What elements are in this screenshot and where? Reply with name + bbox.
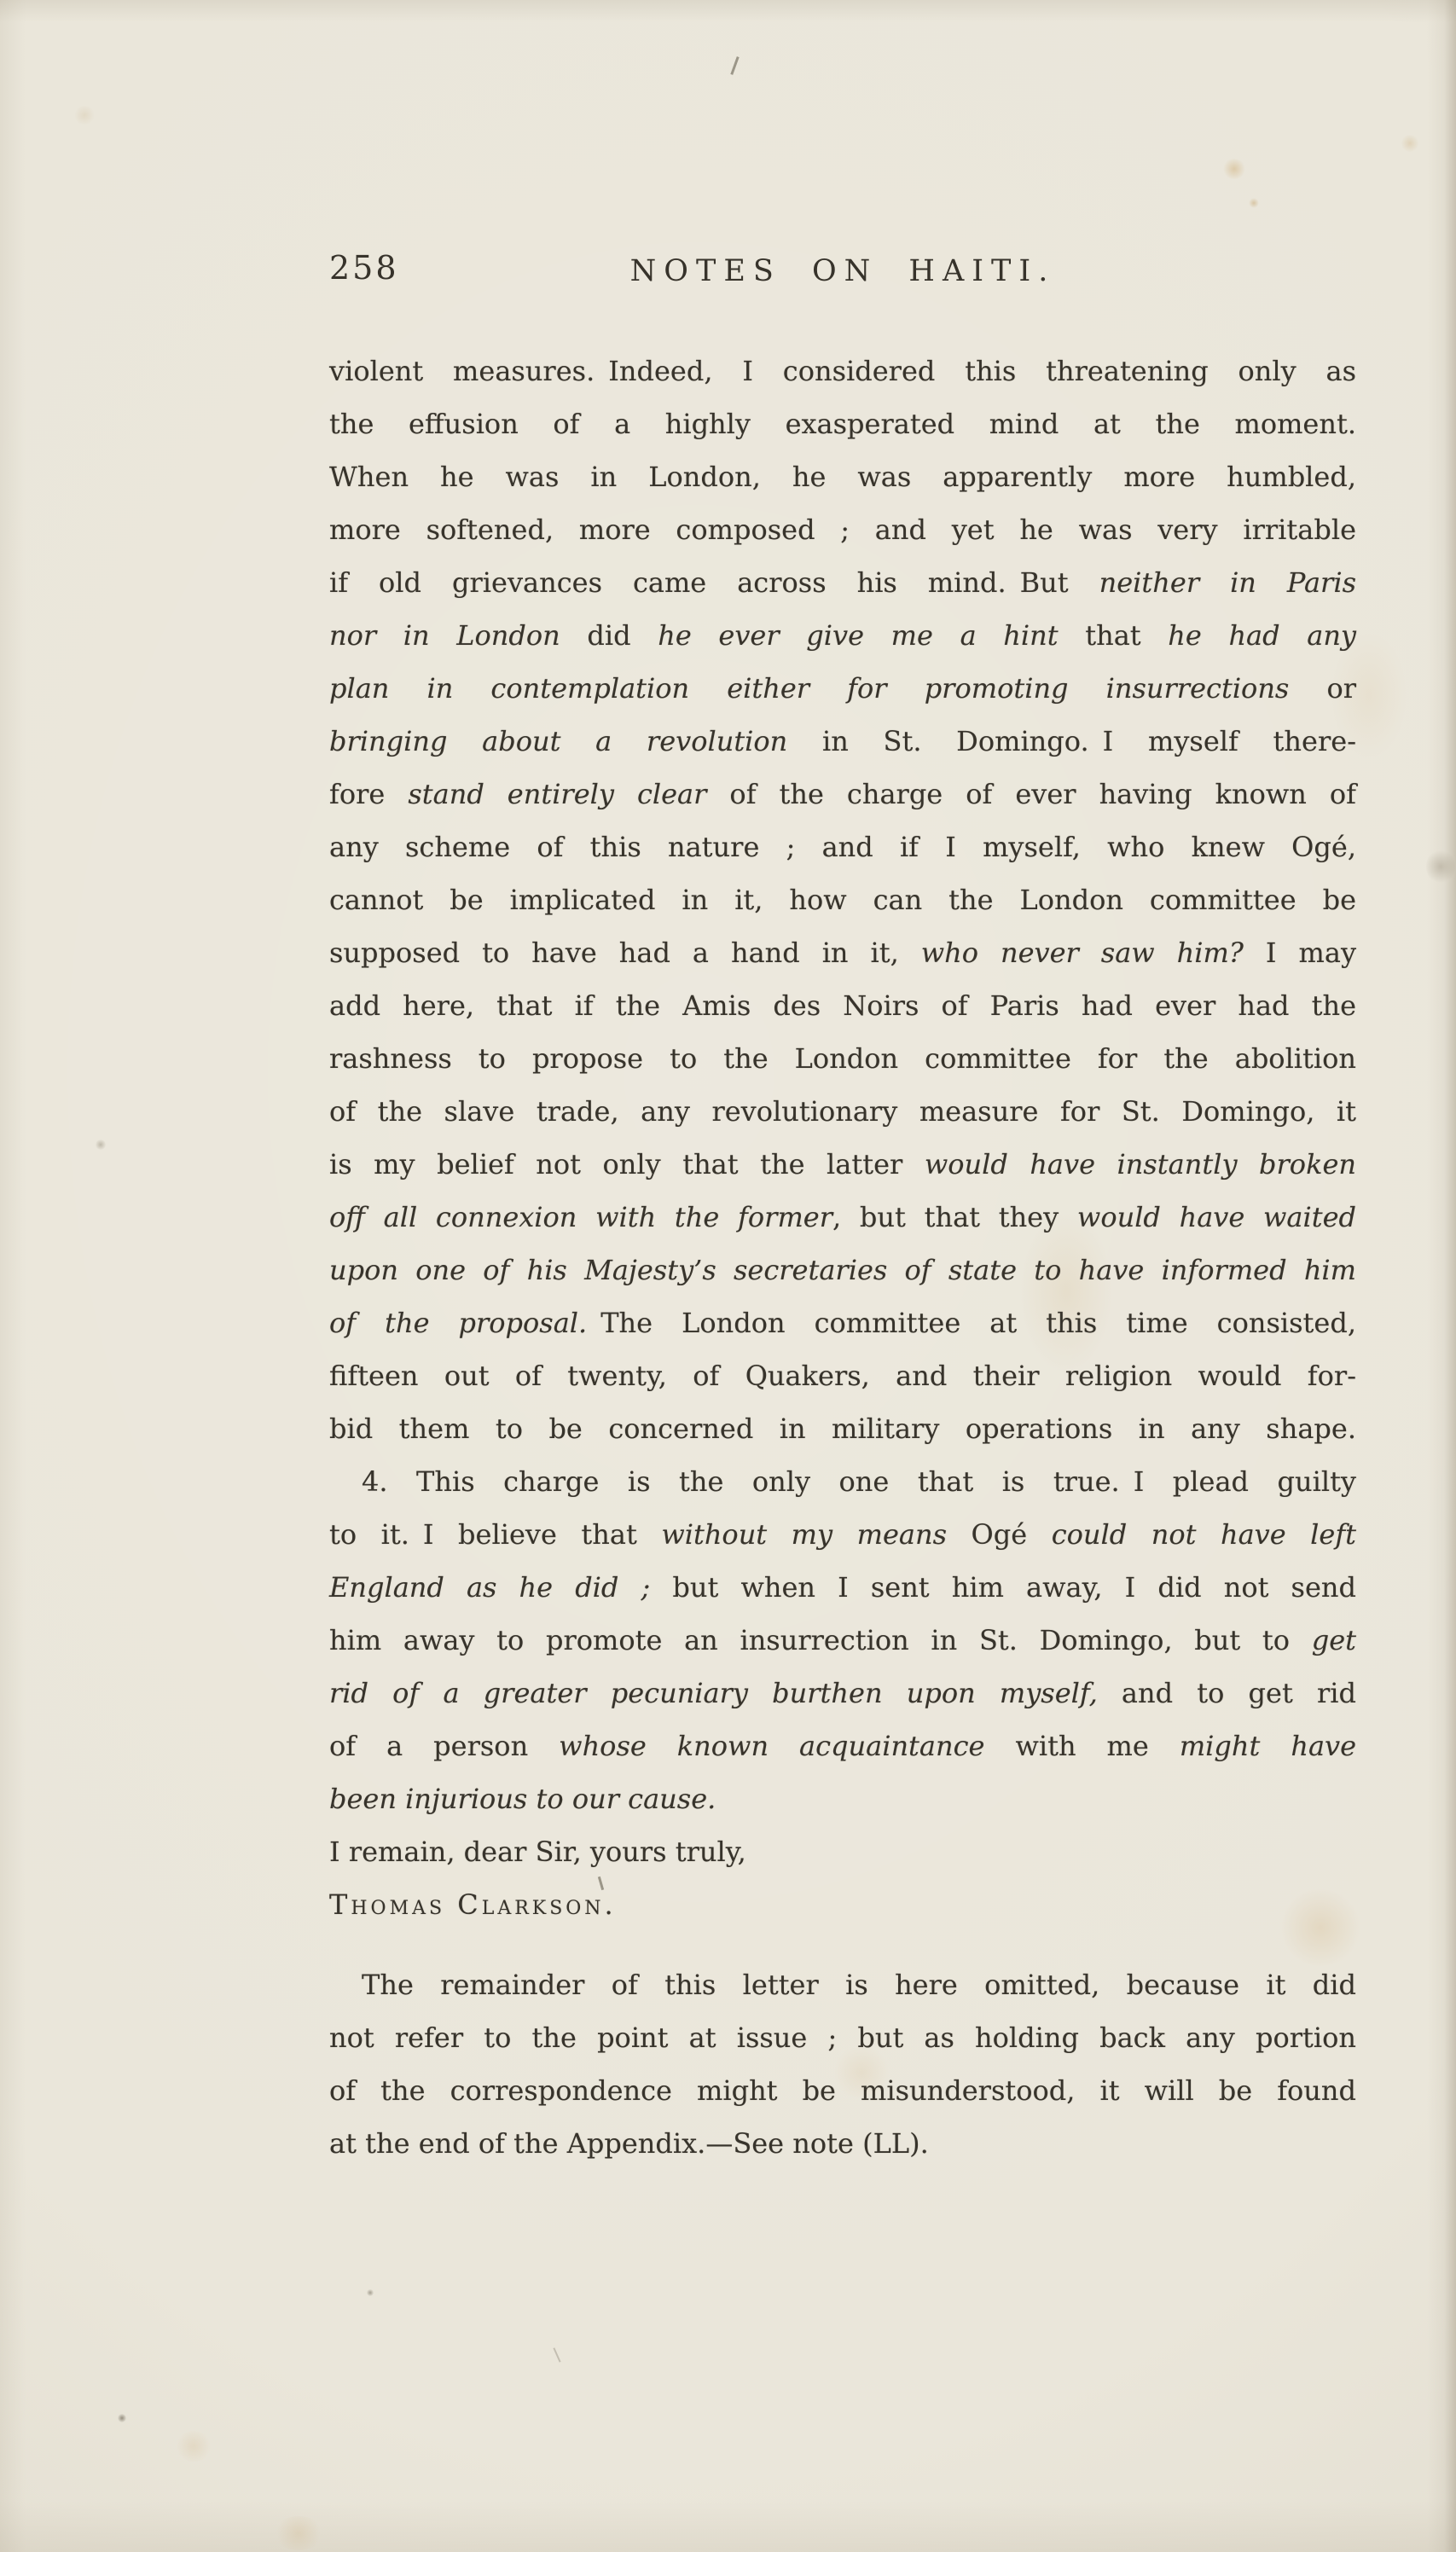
text-segment: , but that they: [832, 1201, 1077, 1233]
text-segment: of the correspondence might be misunders…: [329, 2074, 1356, 2107]
stain: [273, 2516, 324, 2550]
book-page-scan: 258 NOTES ON HAITI. violent measures. In…: [0, 0, 1456, 2552]
italic-text-segment: neither in Paris: [1099, 566, 1356, 599]
text-segment: violent measures. Indeed, I considered t…: [329, 355, 1356, 387]
text-line: him away to promote an insurrection in S…: [329, 1614, 1356, 1667]
text-segment: more softened, more composed ; and yet h…: [329, 513, 1356, 546]
stain: [73, 106, 96, 125]
text-segment: that: [1059, 619, 1169, 652]
text-segment: supposed to have had a hand in it,: [329, 937, 921, 969]
text-line: the effusion of a highly exasperated min…: [329, 397, 1356, 450]
italic-text-segment: plan in contemplation either for promoti…: [329, 672, 1289, 705]
italic-text-segment: he ever give me a hint: [658, 619, 1058, 652]
text-line: plan in contemplation either for promoti…: [329, 662, 1356, 715]
letter-valediction: I remain, dear Sir, yours truly,: [329, 1825, 1356, 1878]
italic-text-segment: stand entirely clear: [408, 778, 706, 810]
text-line: is my belief not only that the latter wo…: [329, 1138, 1356, 1191]
text-segment: if old grievances came across his mind. …: [329, 566, 1099, 599]
text-line: if old grievances came across his mind. …: [329, 556, 1356, 609]
text-line: of the correspondence might be misunders…: [329, 2064, 1356, 2117]
text-segment: not refer to the point at issue ; but as…: [329, 2021, 1356, 2054]
text-line: England as he did ; but when I sent him …: [329, 1561, 1356, 1614]
stain: [96, 1140, 106, 1150]
stain: [175, 2431, 212, 2462]
letter-paragraph-1: violent measures. Indeed, I considered t…: [329, 345, 1356, 1455]
stain: [1426, 849, 1455, 884]
italic-text-segment: bringing about a revolution: [329, 725, 787, 757]
text-segment: 4. This charge is the only one that is t…: [362, 1465, 1356, 1498]
text-line: of the slave trade, any revolutionary me…: [329, 1085, 1356, 1138]
stain: [367, 2289, 374, 2296]
italic-text-segment: off all connexion with the former: [329, 1201, 832, 1233]
italic-text-segment: of the proposal.: [329, 1307, 587, 1339]
text-segment: with me: [984, 1730, 1179, 1762]
text-segment: to it. I believe that: [329, 1518, 661, 1551]
text-line: upon one of his Majesty’s secretaries of…: [329, 1244, 1356, 1296]
text-line: The remainder of this letter is here omi…: [329, 1958, 1356, 2011]
italic-text-segment: without my means: [661, 1518, 947, 1551]
text-segment: of the charge of ever having known of: [706, 778, 1356, 810]
text-line: bid them to be concerned in military ope…: [329, 1402, 1356, 1455]
italic-text-segment: might have: [1180, 1730, 1356, 1762]
text-segment: in St. Domingo. I myself there-: [787, 725, 1356, 757]
text-block: violent measures. Indeed, I considered t…: [329, 345, 1356, 2170]
text-segment: of a person: [329, 1730, 559, 1762]
text-segment: but when I sent him away, I did not send: [650, 1571, 1356, 1604]
stain: [1249, 198, 1259, 208]
text-line: rashness to propose to the London commit…: [329, 1032, 1356, 1085]
italic-text-segment: could not have left: [1052, 1518, 1356, 1551]
afterword-paragraph: The remainder of this letter is here omi…: [329, 1958, 1356, 2170]
text-segment: The London committee at this time consis…: [587, 1307, 1356, 1339]
text-line: to it. I believe that without my means O…: [329, 1508, 1356, 1561]
text-segment: is my belief not only that the latter: [329, 1148, 925, 1180]
text-line: off all connexion with the former, but t…: [329, 1191, 1356, 1244]
text-segment: rashness to propose to the London commit…: [329, 1042, 1356, 1075]
text-line: been injurious to our cause.: [329, 1772, 1356, 1825]
running-head: NOTES ON HAITI.: [329, 254, 1356, 288]
text-segment: Ogé: [947, 1518, 1052, 1551]
text-line: not refer to the point at issue ; but as…: [329, 2011, 1356, 2064]
text-line: any scheme of this nature ; and if I mys…: [329, 821, 1356, 873]
text-line: add here, that if the Amis des Noirs of …: [329, 979, 1356, 1032]
text-line: fifteen out of twenty, of Quakers, and t…: [329, 1349, 1356, 1402]
text-segment: or: [1289, 672, 1356, 705]
stain: [1222, 159, 1246, 179]
text-segment: add here, that if the Amis des Noirs of …: [329, 989, 1356, 1022]
text-line: supposed to have had a hand in it, who n…: [329, 926, 1356, 979]
text-segment: of the slave trade, any revolutionary me…: [329, 1095, 1356, 1128]
text-segment: fifteen out of twenty, of Quakers, and t…: [329, 1360, 1356, 1392]
italic-text-segment: rid of a greater pecuniary burthen upon …: [329, 1677, 1098, 1709]
stain: [1401, 135, 1419, 152]
text-line: more softened, more composed ; and yet h…: [329, 503, 1356, 556]
text-line: violent measures. Indeed, I considered t…: [329, 345, 1356, 397]
text-line: When he was in London, he was apparently…: [329, 450, 1356, 503]
italic-text-segment: whose known acquaintance: [559, 1730, 984, 1762]
text-segment: did: [560, 619, 658, 652]
letter-paragraph-2: 4. This charge is the only one that is t…: [329, 1455, 1356, 1825]
stain: [118, 2414, 126, 2422]
text-line: 4. This charge is the only one that is t…: [329, 1455, 1356, 1508]
italic-text-segment: nor in London: [329, 619, 560, 652]
italic-text-segment: been injurious to our cause.: [329, 1783, 716, 1815]
text-line: bringing about a revolution in St. Domin…: [329, 715, 1356, 768]
letter-signature: Thomas Clarkson.: [329, 1878, 1356, 1931]
text-segment: The remainder of this letter is here omi…: [362, 1969, 1356, 2001]
italic-text-segment: upon one of his Majesty’s secretaries of…: [329, 1254, 1356, 1286]
text-line: of a person whose known acquaintance wit…: [329, 1720, 1356, 1772]
text-line: nor in London did he ever give me a hint…: [329, 609, 1356, 662]
text-line: rid of a greater pecuniary burthen upon …: [329, 1667, 1356, 1720]
text-segment: When he was in London, he was apparently…: [329, 461, 1356, 493]
text-line: cannot be implicated in it, how can the …: [329, 873, 1356, 926]
stray-mark: [730, 56, 739, 75]
text-line: fore stand entirely clear of the charge …: [329, 768, 1356, 821]
italic-text-segment: would have waited: [1077, 1201, 1356, 1233]
text-line: of the proposal. The London committee at…: [329, 1296, 1356, 1349]
italic-text-segment: would have instantly broken: [925, 1148, 1356, 1180]
italic-text-segment: England as he did ;: [329, 1571, 650, 1604]
text-line: at the end of the Appendix.—See note (LL…: [329, 2117, 1356, 2170]
text-segment: I may: [1244, 937, 1356, 969]
italic-text-segment: who never saw him?: [921, 937, 1244, 969]
italic-text-segment: he had any: [1168, 619, 1356, 652]
text-segment: cannot be implicated in it, how can the …: [329, 884, 1356, 916]
text-segment: at the end of the Appendix.—See note (LL…: [329, 2127, 929, 2160]
stray-mark: [553, 2347, 560, 2362]
italic-text-segment: get: [1312, 1624, 1356, 1656]
text-segment: him away to promote an insurrection in S…: [329, 1624, 1312, 1656]
text-segment: the effusion of a highly exasperated min…: [329, 408, 1356, 440]
text-segment: fore: [329, 778, 408, 810]
text-segment: bid them to be concerned in military ope…: [329, 1412, 1356, 1445]
text-segment: and to get rid: [1098, 1677, 1356, 1709]
text-segment: any scheme of this nature ; and if I mys…: [329, 831, 1356, 863]
